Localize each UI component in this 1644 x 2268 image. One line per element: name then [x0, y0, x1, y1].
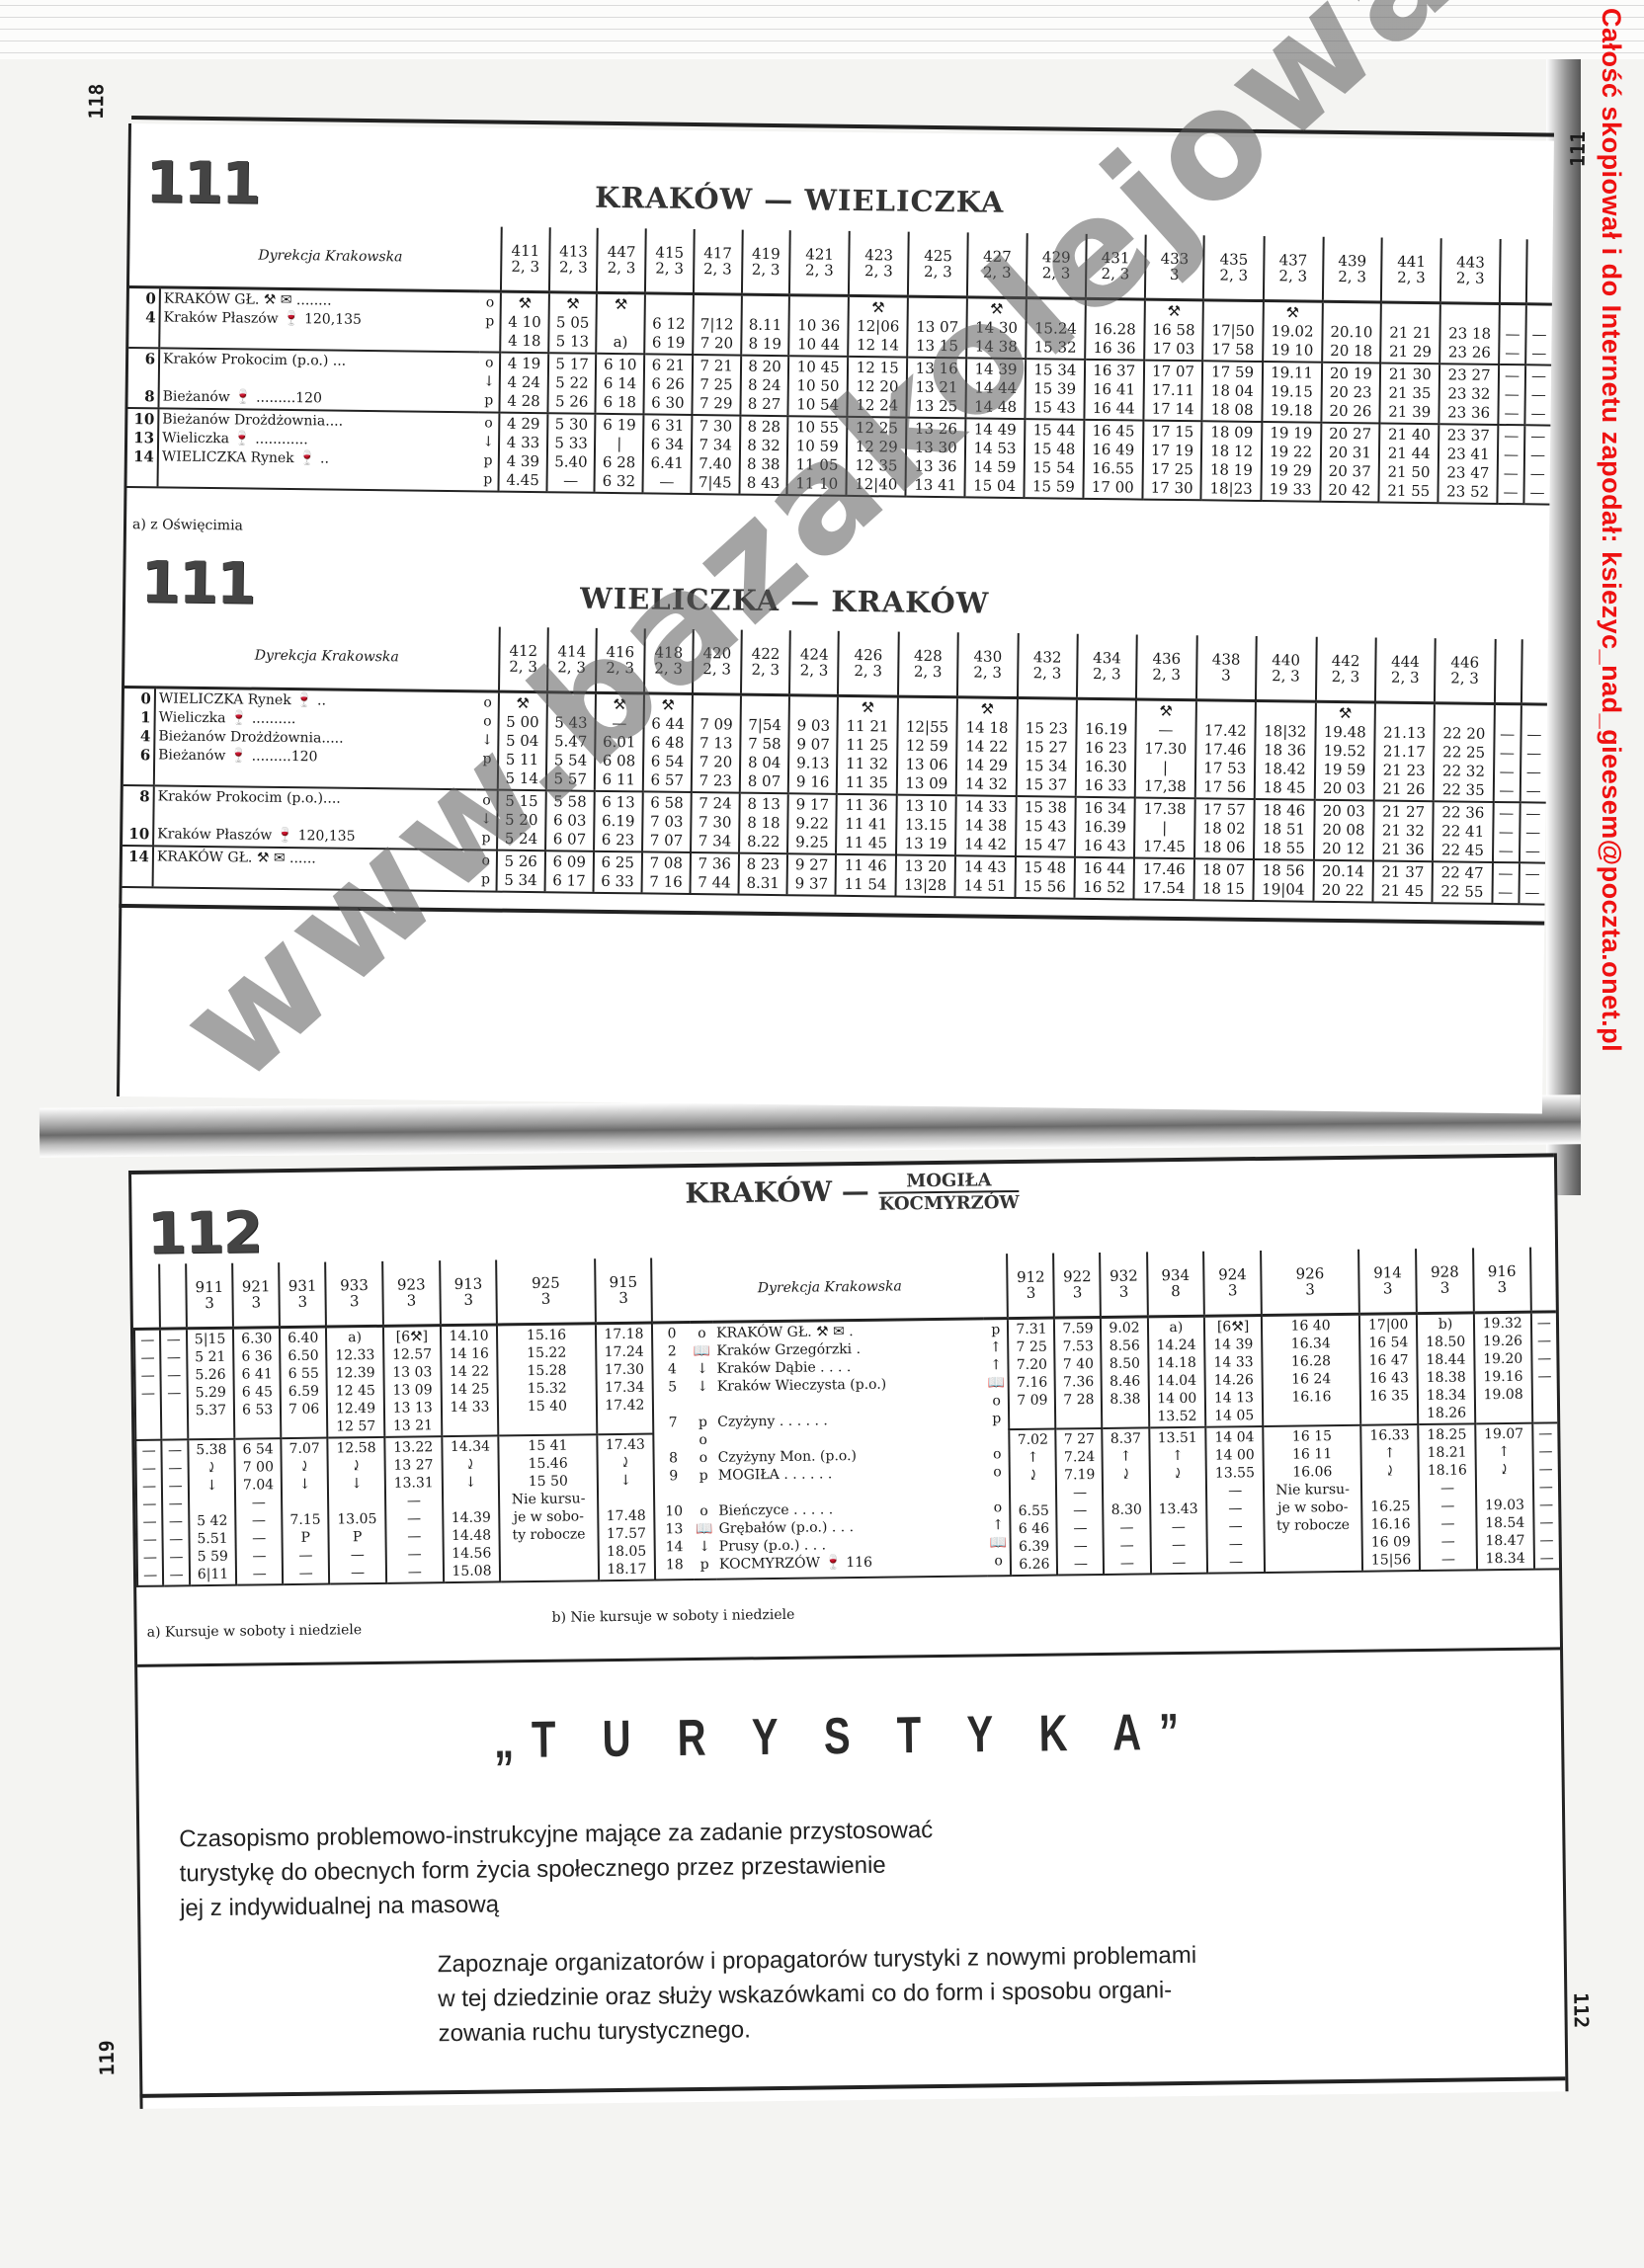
train-number-header: 427 2, 3 — [967, 232, 1027, 297]
departure-times: 20.10 20 18 — [1322, 301, 1382, 363]
train-number-header: 921 3 — [232, 1262, 280, 1328]
departure-times: — — — — — [1497, 425, 1524, 504]
footnote-b: b) Nie kursuje w soboty i niedziele — [551, 1607, 794, 1626]
departure-times: 5 15 5 20 5 24 — [497, 790, 546, 851]
departure-times: — — — — — [160, 1329, 188, 1440]
departure-times: 5.38 ⤸ ↓ 5 42 5.51 5 59 6|11 — [188, 1439, 236, 1586]
departure-times: 5 43 5.47 5 54 5 57 — [546, 692, 596, 791]
train-number-header: 911 3 — [186, 1263, 233, 1329]
train-number-header: 412 2, 3 — [499, 627, 548, 692]
departure-times: — — — — — [1520, 704, 1546, 803]
train-number-header: 924 3 — [1203, 1251, 1262, 1316]
arrival-departure-marks: o ↓ p p — [478, 412, 500, 491]
train-number-header: 440 2, 3 — [1256, 636, 1316, 701]
departure-times: ⚒ 12|06 12 14 — [848, 295, 908, 357]
departure-times: 22 47 22 55 — [1433, 861, 1493, 904]
departure-times: 7 21 7 25 7 29 — [692, 355, 741, 416]
departure-times: 8 28 8 32 8 38 8 43 — [739, 416, 788, 496]
train-number-header: 422 2, 3 — [741, 630, 790, 695]
departure-times: 21 21 21 29 — [1380, 302, 1440, 364]
departure-times: 16.28 16 36 — [1085, 298, 1145, 360]
train-number-header: 416 2, 3 — [596, 628, 645, 693]
departure-times: 20 03 20 08 20 12 — [1314, 800, 1374, 861]
train-number-header: 415 2, 3 — [645, 228, 694, 293]
departure-times: 4 19 4 24 4 28 — [500, 353, 548, 414]
departure-times: 17.38 | 17.45 — [1134, 797, 1194, 858]
train-number-header: 925 3 — [497, 1258, 596, 1325]
departure-times: 21.13 21.17 21 23 21 26 — [1374, 702, 1436, 801]
train-number-header: 932 3 — [1101, 1252, 1148, 1317]
direction-header: Dyrekcja Krakowska — [651, 1254, 1008, 1323]
departure-times: 18.25 18.21 18.16 — — — — — — [1418, 1423, 1477, 1571]
departure-times: ⚒ 14 18 14 22 14 29 14 32 — [956, 697, 1018, 796]
train-number-header: 411 2, 3 — [501, 227, 549, 292]
train-number-header — [1530, 1247, 1556, 1312]
train-number-header: 934 8 — [1147, 1252, 1205, 1317]
top-rule — [131, 116, 1554, 137]
departure-times: 8.37 ↑ ⤸ 8.30 — — — — [1103, 1427, 1151, 1575]
departure-times: 14 33 14 38 14 42 — [955, 795, 1016, 856]
train-number-header: 931 3 — [279, 1262, 326, 1328]
departure-times: — — — — [1520, 802, 1546, 862]
footnote-a: a) Kursuje w soboty i niedziele — [147, 1622, 363, 1641]
title-kocmyrzow: KOCMYRZÓW — [879, 1192, 1020, 1215]
train-number-header: 914 3 — [1358, 1249, 1417, 1314]
page-number-left: 119 — [95, 2040, 119, 2075]
train-number-header: 432 2, 3 — [1018, 633, 1078, 698]
departure-times: ⚒ 5 00 5 04 5 11 5 14 — [498, 691, 547, 790]
departure-times: — — — — — [134, 1329, 162, 1440]
train-number-header: 429 2, 3 — [1027, 233, 1087, 298]
departure-times: 18 46 18 51 18 55 — [1254, 799, 1314, 860]
departure-times: 15 48 15 56 — [1015, 856, 1075, 899]
station-names: WIELICZKA Rynek 🍷 .. Wieliczka 🍷 .......… — [154, 688, 478, 789]
departure-times: 7.07 ⤸ ↓ 7.15 P — — — [282, 1438, 330, 1585]
departure-times: 7 27 7.24 7.19 — — — — — — [1056, 1428, 1105, 1576]
train-number-header: 928 3 — [1416, 1248, 1474, 1313]
departure-times: 4 29 4 33 4 39 4.45 — [499, 413, 548, 493]
departure-times: 9 03 9 07 9.13 9 16 — [788, 695, 838, 794]
departure-times: 10 36 10 44 — [788, 295, 849, 357]
station-names: KRAKÓW GŁ. ⚒ ✉ ...... — [153, 846, 476, 891]
footnote: a) z Oświęcimia — [132, 517, 243, 533]
departure-times: 5|15 5 21 5.26 5.29 5.37 — [187, 1328, 235, 1439]
table-number: 111 — [145, 148, 260, 216]
arrival-departure-marks: o ↓ p — [476, 789, 498, 850]
departure-times: 16.19 16 23 16.30 16 33 — [1076, 698, 1137, 797]
km-header — [129, 222, 161, 287]
departure-times: 17.46 17.54 — [1134, 857, 1194, 900]
departure-times: 6 21 6 26 6 30 — [643, 354, 692, 415]
direction-header: Dyrekcja Krakowska — [160, 222, 502, 291]
departure-times: 22 36 22 41 22 45 — [1433, 801, 1493, 862]
departure-times: 20 27 20 31 20 37 20 42 — [1320, 423, 1380, 503]
train-number-header: 922 3 — [1054, 1253, 1102, 1318]
departure-times: — — — — [1492, 802, 1520, 862]
station-names: Kraków Prokocim (p.o.) ... Bieżanów 🍷 ..… — [158, 348, 479, 412]
departure-times: 7 08 7 16 — [641, 851, 691, 894]
departure-times: a) 14.24 14.18 14.04 14 00 13.52 — [1147, 1316, 1205, 1427]
train-number-header: 417 2, 3 — [694, 229, 743, 294]
title-origin: KRAKÓW — — [685, 1174, 869, 1209]
departure-times: 6 12 6 19 — [644, 293, 693, 355]
departure-times: 5 17 5 22 5 26 — [547, 353, 596, 414]
departure-times: — — — — — — — — — [1532, 1422, 1559, 1569]
departure-times: 16 44 16 52 — [1074, 857, 1134, 900]
km-values: 10 13 14 — [127, 408, 159, 487]
departure-times: 18|32 18 36 18.42 18 45 — [1255, 700, 1316, 799]
departure-times: ⚒ 5 05 5 13 — [548, 292, 597, 354]
departure-times: 14 49 14 53 14 59 15 04 — [965, 418, 1026, 498]
train-number-header: 923 3 — [382, 1260, 441, 1326]
departure-times: 13.51 ↑ ⤸ 13.43 — — — — [1149, 1427, 1208, 1575]
departure-times: 6 25 6 33 — [593, 851, 642, 894]
departure-times: ⚒ 14 30 14 38 — [966, 297, 1027, 359]
departure-times: 10 55 10 59 11 05 11 10 — [787, 416, 848, 496]
train-number-header: 430 2, 3 — [957, 632, 1018, 697]
departure-times: 23 27 23 32 23 36 — [1439, 364, 1500, 425]
departure-times: 16.33 ↑ ⤸ 16.25 16.16 16 09 15|56 — [1360, 1424, 1420, 1572]
departure-times: 17 59 18 04 18 08 — [1202, 361, 1263, 422]
station-group-row: 10 13 14Bieżanów Drożdżownia.... Wielicz… — [127, 408, 1551, 505]
departure-times: 6 09 6 17 — [544, 850, 594, 893]
bottom-rule — [119, 904, 1544, 926]
scan-edge-top — [0, 0, 1644, 59]
train-number-header: 434 2, 3 — [1077, 634, 1137, 699]
departure-times: 7 09 7 13 7 20 7 23 — [692, 694, 741, 793]
departure-times: 15.16 15.22 15.28 15.32 15 40 — [497, 1324, 597, 1436]
departure-times: 6.40 6.50 6 55 6.59 7 06 — [280, 1327, 327, 1438]
departure-times: 15 34 15 39 15 43 — [1025, 359, 1085, 420]
departure-times: ⚒ 11 21 11 25 11 32 11 35 — [837, 695, 898, 794]
departure-times: 6.30 6 36 6 41 6 45 6 53 — [233, 1328, 281, 1439]
train-number-header — [1494, 639, 1521, 704]
train-number-header — [1500, 239, 1527, 304]
departure-times: — — — — — [1530, 1312, 1557, 1423]
departure-times: 16 15 16 11 16.06 Nie kursu- je w sobo- … — [1263, 1425, 1362, 1573]
departure-times: 7.31 7 25 7.20 7.16 7 09 — [1008, 1318, 1055, 1429]
departure-times: 18 56 19|04 — [1253, 859, 1313, 902]
direction-header: Dyrekcja Krakowska — [155, 622, 500, 691]
departure-times: 6 58 7 03 7 07 — [642, 791, 692, 852]
departure-times: ⚒ 6 44 6 48 6 54 6 57 — [643, 693, 693, 792]
advert-paragraph-1: Czasopismo problemowo-instrukcyjne mając… — [179, 1813, 934, 1925]
departure-times: 12|55 12 59 13 06 13 09 — [896, 696, 957, 795]
departure-times: 8 23 8.31 — [738, 853, 787, 896]
train-number-header: 423 2, 3 — [849, 231, 909, 296]
page-number-right: 112 — [1569, 1992, 1593, 2028]
train-number-header: 912 3 — [1008, 1254, 1055, 1319]
departure-times: 7 24 7 30 7 34 — [691, 792, 740, 853]
train-number-header: 413 2, 3 — [549, 227, 598, 292]
departure-times: 13.22 13 27 13.31 — — — — — — [384, 1436, 444, 1583]
train-number-header: 421 2, 3 — [789, 230, 850, 295]
km-values: 6 8 — [127, 348, 159, 408]
departure-times: 5 30 5 33 5.40 — — [546, 413, 596, 493]
departure-times: 18 09 18 12 18 19 18|23 — [1201, 421, 1262, 501]
departure-times: 12 25 12 29 12 35 12|40 — [847, 417, 907, 497]
departure-times: b) 18.50 18.44 18.38 18.34 18.26 — [1417, 1313, 1475, 1424]
departure-times: 17.42 17.46 17 53 17 56 — [1194, 700, 1256, 799]
departure-times: — — — [1492, 862, 1520, 904]
table-title: WIELICZKA — KRAKÓW — [580, 582, 990, 620]
train-number-header — [160, 1263, 187, 1329]
train-number-header: 425 2, 3 — [908, 232, 968, 297]
departure-times: 12 15 12 20 12 24 — [848, 357, 908, 418]
departure-times: — — — — — — — — — [162, 1439, 190, 1585]
train-number-header: 436 2, 3 — [1136, 635, 1196, 700]
departure-times: ⚒ — 17.30 | 17,38 — [1135, 699, 1196, 798]
departure-times: 19.07 ↑ ⤸ 19.03 18.54 18.47 18.34 — [1475, 1423, 1534, 1571]
train-number-header — [1526, 239, 1553, 304]
train-number-header — [133, 1264, 160, 1330]
departure-times: 14.34 ⤸ ↓ 14.39 14.48 14.56 15.08 — [442, 1435, 501, 1582]
departure-times: 6 19 | 6 28 6 32 — [595, 414, 644, 494]
departure-times: — — — — — — — — — [135, 1440, 163, 1586]
km-values: 14 — [123, 846, 154, 887]
page-number-left: 118 — [84, 83, 108, 119]
title-destinations: MOGIŁA KOCMYRZÓW — [878, 1170, 1019, 1215]
departure-times: 20.14 20 22 — [1313, 860, 1373, 903]
departure-times: 17 07 17.11 17 14 — [1143, 361, 1203, 422]
arrival-departure-marks: o ↓ p — [479, 352, 501, 412]
departure-times: 15 41 15.46 15 50 Nie kursu- je w sobo- … — [499, 1434, 599, 1581]
timetable-krakow-wieliczka: Dyrekcja Krakowska411 2, 3413 2, 3447 2,… — [126, 222, 1552, 506]
train-number-header: 915 3 — [595, 1258, 653, 1324]
station-names: KRAKÓW GŁ. ⚒ ✉ ........ Kraków Płaszów 🍷… — [159, 287, 480, 352]
departure-times: 20 19 20 23 20 26 — [1321, 363, 1381, 424]
departure-times: 19.32 19.26 19.20 19.16 19.08 — [1474, 1312, 1532, 1423]
departure-times: 7 30 7 34 7.40 7|45 — [691, 415, 740, 495]
km-values: 8 10 — [123, 785, 154, 846]
km-values: 0 2 4 5 7 8 9 10 13 14 18 — [652, 1323, 693, 1580]
train-number-header: 431 2, 3 — [1086, 234, 1146, 299]
table-title: KRAKÓW — WIELICZKA — [595, 181, 1005, 219]
departure-times: 7|12 7 20 — [693, 293, 742, 355]
timetable-wieliczka-krakow: Dyrekcja Krakowska412 2, 3414 2, 3416 2,… — [123, 622, 1548, 906]
advert-title: „T U R Y S T Y K A” — [494, 1704, 1197, 1770]
bottom-rule — [139, 2076, 1565, 2098]
departure-times: 18 07 18 15 — [1193, 858, 1254, 901]
arrival-departure-marks: o p — [475, 850, 497, 891]
train-number-header: 419 2, 3 — [742, 230, 790, 295]
departure-times: 13 20 13|28 — [895, 855, 955, 898]
departure-times: 12.58 ⤸ ↓ 13.05 P — — — [328, 1437, 387, 1584]
departure-times: ⚒ a) — [597, 292, 645, 354]
departure-times: 23 18 23 26 — [1439, 303, 1500, 364]
copyright-notice: Całość skopiował i do Internetu zapodał:… — [1596, 8, 1626, 1052]
departure-times: 13 07 13 15 — [907, 296, 967, 358]
train-number-header: 424 2, 3 — [789, 630, 839, 695]
departure-times: 7 36 7 44 — [690, 852, 739, 895]
departure-times: 5 58 6 03 6 07 — [545, 790, 595, 851]
train-number-header: 420 2, 3 — [693, 629, 742, 694]
departure-times: 6 13 6.19 6 23 — [594, 791, 643, 852]
page-number-right: 111 — [1566, 131, 1590, 167]
title-mogila: MOGIŁA — [878, 1170, 1019, 1194]
departure-times: 5 26 5 34 — [496, 850, 545, 893]
departure-times: 15 38 15 43 15 47 — [1016, 796, 1076, 857]
departure-times: 14.10 14 16 14 22 14 25 14 33 — [441, 1325, 499, 1436]
departure-times: — — — — — [1493, 703, 1521, 802]
train-number-header: 435 2, 3 — [1203, 235, 1264, 300]
departure-times: 17|50 17 58 — [1203, 300, 1264, 362]
departure-times: [6⚒] 12.57 13 03 13 09 13 13 13 21 — [383, 1326, 442, 1437]
departure-times: 6 31 6 34 6.41 — — [643, 414, 693, 494]
table-number: 112 — [146, 1198, 261, 1266]
train-number-header: 428 2, 3 — [898, 632, 958, 697]
train-number-header: 437 2, 3 — [1264, 236, 1324, 301]
departure-times: 22 20 22 25 22 32 22 35 — [1434, 703, 1495, 802]
train-number-header: 916 3 — [1473, 1248, 1531, 1313]
departure-times: 21 27 21 32 21 36 — [1373, 800, 1434, 861]
departure-times: 17 15 17 19 17 25 17 30 — [1142, 421, 1202, 501]
km-values: 0 4 — [128, 287, 160, 349]
departure-times: 15 23 15 27 15 34 15 37 — [1016, 698, 1077, 797]
train-number-header: 433 3 — [1145, 235, 1205, 300]
departure-times: 14 43 14 51 — [955, 855, 1016, 898]
departure-times: 9 27 9 37 — [787, 853, 837, 896]
departure-times: — — — [1499, 303, 1526, 364]
km-header — [124, 622, 156, 688]
departure-times: 7.02 ↑ ⤸ 6.55 6 46 6.39 6.26 — [1010, 1429, 1058, 1577]
train-number-header — [1521, 639, 1548, 704]
station-names: KRAKÓW GŁ. ⚒ ✉ . Kraków Grzegórzki . Kra… — [713, 1319, 987, 1579]
station-group-row: 0 1 4 6WIELICZKA Rynek 🍷 .. Wieliczka 🍷 … — [123, 687, 1547, 802]
departure-times: — — — — — [1523, 425, 1550, 504]
train-number-header: 444 2, 3 — [1375, 637, 1436, 702]
departure-times: 6 10 6 14 6 18 — [596, 354, 644, 415]
departure-times: ⚒ — 6.01 6 08 6 11 — [595, 692, 644, 791]
departure-times: — — — — [1524, 364, 1551, 425]
train-number-header: 446 2, 3 — [1435, 638, 1495, 703]
departure-times: — — — — [1498, 364, 1525, 425]
departure-times: 17|00 16 54 16 47 16 43 16 35 — [1359, 1314, 1418, 1425]
train-number-header: 443 2, 3 — [1440, 238, 1501, 303]
departure-times: 8 20 8 24 8 27 — [740, 356, 788, 417]
departure-times: 13 26 13 30 13 36 13 41 — [906, 418, 966, 498]
departure-times: 10 45 10 50 10 54 — [788, 356, 849, 417]
station-names: Kraków Prokocim (p.o.).... Kraków Płaszó… — [153, 785, 477, 850]
departure-times: 23 37 23 41 23 47 23 52 — [1438, 424, 1499, 504]
train-number-header: 441 2, 3 — [1381, 238, 1441, 303]
departure-times: 21 30 21 35 21 39 — [1380, 364, 1440, 425]
departure-times: 11 36 11 41 11 45 — [836, 794, 896, 855]
departure-times: 13 16 13 21 13 25 — [907, 358, 967, 419]
departure-times: 17.18 17.24 17.30 17.34 17.42 — [595, 1323, 653, 1434]
train-number-header: 447 2, 3 — [597, 228, 645, 293]
departure-times: ⚒ 16 58 17 03 — [1144, 299, 1204, 361]
departure-times: 17 57 18 02 18 06 — [1194, 798, 1255, 859]
departure-times: 14 04 14 00 13.55 — — — — — — [1205, 1426, 1265, 1574]
departure-times: 11 46 11 54 — [836, 854, 896, 897]
departure-times: — — — [1519, 862, 1545, 904]
advert-paragraph-2: Zapoznaje organizatorów i propagatorów t… — [438, 1938, 1198, 2051]
page-119: 119 112 112 KRAKÓW — MOGIŁA KOCMYRZÓW 91… — [128, 1153, 1568, 2109]
train-number-header: 933 3 — [325, 1261, 383, 1327]
table-title: KRAKÓW — MOGIŁA KOCMYRZÓW — [685, 1170, 1020, 1217]
train-number-header: 414 2, 3 — [547, 627, 597, 692]
departure-times: 8.11 8 19 — [741, 294, 789, 356]
departure-times: 15.24 15 32 — [1026, 298, 1086, 360]
train-number-header: 439 2, 3 — [1322, 237, 1382, 302]
departure-times: 7|54 7 58 8 04 8 07 — [740, 694, 790, 793]
departure-times: 7.59 7.53 7 40 7.36 7 28 — [1054, 1317, 1102, 1428]
departure-times: 14 39 14 44 14 48 — [966, 358, 1027, 419]
train-number-header: 913 3 — [440, 1259, 498, 1325]
station-names: Bieżanów Drożdżownia.... Wieliczka 🍷 ...… — [158, 408, 479, 491]
departure-times: 9 17 9.22 9.25 — [787, 793, 837, 854]
right-direction-marks: p ↑ ↑ 📖 o p o o o ↑ 📖 o — [984, 1319, 1012, 1577]
timetable-krakow-kocmyrzow: 911 3921 3931 3933 3923 3913 3925 3915 3… — [132, 1247, 1559, 1587]
arrival-departure-marks: o o ↓ p — [477, 691, 499, 790]
section-rule — [137, 1647, 1560, 1667]
departure-times: 9.02 8.56 8.50 8.46 8.38 — [1101, 1317, 1148, 1428]
departure-times: 16 45 16 49 16.55 17 00 — [1083, 420, 1143, 500]
table-number: 111 — [140, 548, 255, 616]
page-118: 118 111 111 KRAKÓW — WIELICZKA Dyrekcja … — [117, 123, 1554, 1114]
departure-times: a) 12.33 12.39 12 45 12.49 12 57 — [326, 1326, 384, 1437]
departure-times: 17.43 ⤸ ↓ 17.48 17.57 18.05 18.17 — [597, 1434, 656, 1581]
departure-times: — — — [1525, 304, 1552, 365]
km-values: 0 1 4 6 — [123, 687, 155, 785]
train-number-header: 438 3 — [1196, 635, 1257, 700]
departure-times: ⚒ 4 10 4 18 — [500, 291, 548, 353]
departure-times: 21 37 21 45 — [1372, 860, 1433, 903]
departure-times: ⚒ 19.48 19.52 19 59 20 03 — [1314, 701, 1375, 800]
departure-times: 15 44 15 48 15 54 15 59 — [1024, 419, 1084, 499]
arrival-departure-marks: o p — [479, 291, 501, 353]
departure-times: 6 54 7 00 7.04 — — — — — — [234, 1438, 283, 1585]
train-number-header: 426 2, 3 — [838, 631, 898, 696]
departure-times: 19 19 19 22 19 29 19 33 — [1261, 422, 1321, 502]
left-direction-marks: o 📖 ↓ ↓ p o o p o 📖 ↓ p — [691, 1322, 717, 1579]
departure-times: 16 40 16.34 16.28 16 24 16.16 — [1262, 1314, 1361, 1426]
departure-times: [6⚒] 14 39 14 33 14.26 14 13 14 05 — [1204, 1315, 1263, 1426]
train-number-header: 418 2, 3 — [644, 628, 694, 693]
departure-times: 16 37 16 41 16 44 — [1084, 360, 1144, 421]
train-number-header: 442 2, 3 — [1315, 637, 1375, 702]
departure-times: 13 10 13.15 13 19 — [896, 795, 956, 856]
departure-times: 8 13 8 18 8.22 — [739, 793, 788, 854]
departure-times: ⚒ 19.02 19 10 — [1263, 301, 1323, 363]
departure-times: 19.11 19.15 19.18 — [1262, 362, 1322, 423]
departure-times: 21 40 21 44 21 50 21 55 — [1379, 423, 1439, 503]
departure-times: 16 34 16.39 16 43 — [1075, 797, 1135, 858]
train-number-header: 926 3 — [1261, 1250, 1359, 1316]
